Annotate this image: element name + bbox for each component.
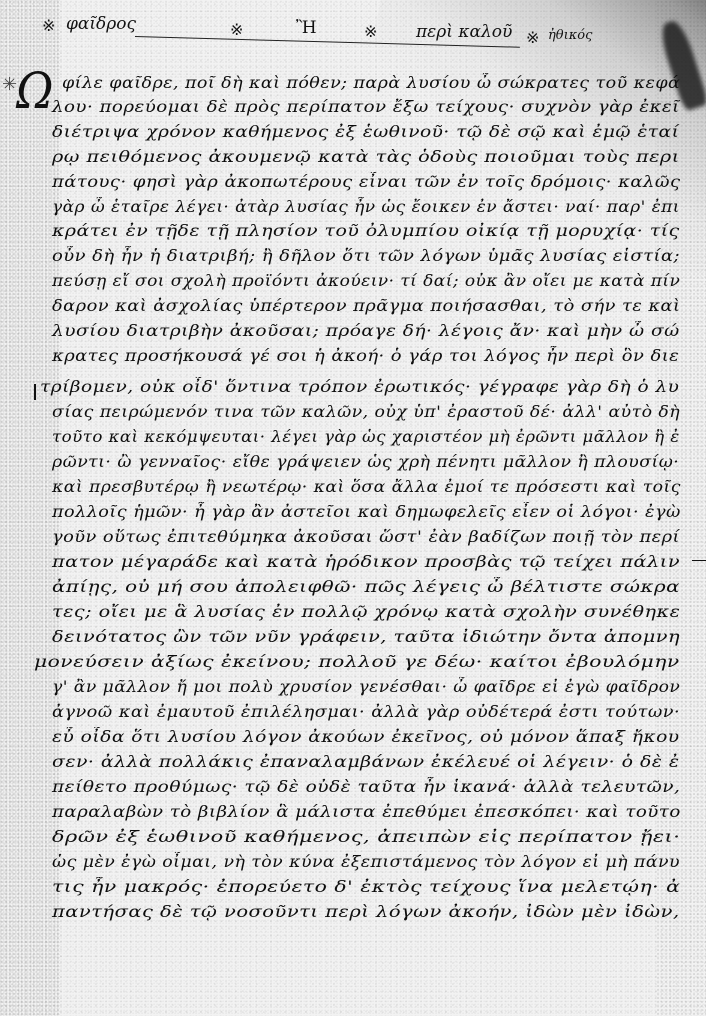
text-line: πείθετο προθύμως· τῷ δὲ οὐδὲ ταῦτα ἦν ἱκ… bbox=[52, 778, 680, 796]
left-margin-speckle bbox=[0, 0, 60, 1016]
manuscript-page: ※ φαῖδρος ※ Ἢ ※ περὶ καλοῦ ※ ἠθικός ✳ Ω … bbox=[0, 0, 706, 1016]
text-line: οὖν δὴ ἦν ἡ διατριβή; ἢ δῆλον ὅτι τῶν λό… bbox=[52, 247, 680, 265]
text-line: λου· πορεύομαι δὲ πρὸς περίπατον ἔξω τεί… bbox=[52, 98, 680, 116]
text-line: κρατες προσήκουσά γέ σοι ἡ ἀκοή· ὁ γάρ τ… bbox=[52, 347, 679, 365]
margin-bracket bbox=[34, 384, 36, 400]
text-line: ἀγνοῶ καὶ ἐμαυτοῦ ἐπιλέλησμαι· ἀλλὰ γὰρ … bbox=[52, 703, 680, 721]
asterism-icon: ※ bbox=[526, 28, 539, 47]
text-line: γοῦν οὕτως ἐπιτεθύμηκα ἀκοῦσαι ὥστ' ἐὰν … bbox=[52, 528, 680, 546]
text-line: πεύσῃ εἴ σοι σχολὴ προϊόντι ἀκούειν· τί … bbox=[52, 272, 680, 290]
text-line: φίλε φαῖδρε, ποῖ δὴ καὶ πόθεν; παρὰ λυσί… bbox=[62, 74, 680, 92]
text-line: μονεύσειν ἀξίως ἐκείνου; πολλοῦ γε δέω· … bbox=[34, 653, 680, 671]
title-ethikos: ἠθικός bbox=[548, 28, 592, 43]
text-line: σεν· ἀλλὰ πολλάκις ἐπαναλαμβάνων ἐκέλευέ… bbox=[52, 753, 679, 771]
text-line: εὖ οἶδα ὅτι λυσίου λόγον ἀκούων ἐκεῖνος,… bbox=[52, 728, 680, 746]
text-line: καὶ πρεσβυτέρῳ ἢ νεωτέρῳ· καὶ ὅσα ἄλλα ἐ… bbox=[52, 478, 681, 496]
title-or: Ἢ bbox=[296, 18, 317, 38]
asterism-icon: ※ bbox=[42, 16, 55, 35]
text-line: τες; οἴει με ἃ λυσίας ἐν πολλῷ χρόνῳ κατ… bbox=[52, 603, 680, 621]
text-line: τις ἦν μακρός· ἐπορεύετο δ' ἐκτὸς τείχου… bbox=[52, 878, 680, 896]
title-heading: ※ φαῖδρος ※ Ἢ ※ περὶ καλοῦ ※ ἠθικός bbox=[40, 12, 680, 42]
text-line: πάτους· φησὶ γὰρ ἀκοπωτέρους εἶναι τῶν ἐ… bbox=[52, 173, 680, 191]
initial-letter: Ω bbox=[16, 66, 53, 116]
title-peri-kalou: περὶ καλοῦ bbox=[416, 22, 512, 42]
text-line: γὰρ ὦ ἑταῖρε λέγει· ἀτὰρ λυσίας ἦν ὡς ἔο… bbox=[52, 198, 680, 216]
text-line: πολλοῖς ἡμῶν· ἦ γὰρ ἂν ἀστεῖοι καὶ δημωφ… bbox=[52, 503, 681, 521]
text-line: δαρον καὶ ἀσχολίας ὑπέρτερον πρᾶγμα ποιή… bbox=[52, 297, 680, 315]
initial-ornament-icon: ✳ bbox=[2, 74, 17, 95]
text-line: παντήσας δὲ τῷ νοσοῦντι περὶ λόγων ἀκοήν… bbox=[52, 903, 680, 921]
text-line: δεινότατος ὢν τῶν νῦν γράφειν, ταῦτα ἰδι… bbox=[52, 628, 680, 646]
asterism-icon: ※ bbox=[230, 20, 243, 39]
text-line: γ' ἂν μᾶλλον ἤ μοι πολὺ χρυσίον γενέσθαι… bbox=[52, 678, 680, 696]
title-phaedrus: φαῖδρος bbox=[66, 14, 136, 34]
text-line: λυσίου διατριβὴν ἀκοῦσαι; πρόαγε δή· λέγ… bbox=[52, 322, 680, 340]
text-line: σίας πειρώμενόν τινα τῶν καλῶν, οὐχ ὑπ' … bbox=[52, 403, 680, 421]
text-line: ρῳ πειθόμενος ἀκουμενῷ κατὰ τὰς ὁδοὺς πο… bbox=[52, 148, 680, 166]
asterism-icon: ※ bbox=[364, 22, 377, 41]
text-line: τοῦτο καὶ κεκόμψευται· λέγει γὰρ ὡς χαρι… bbox=[52, 428, 680, 446]
text-line: κράτει ἐν τῇδε τῇ πλησίον τοῦ ὀλυμπίου ο… bbox=[52, 222, 680, 240]
text-line: τρίβομεν, οὐκ οἶδ' ὅντινα τρόπον ἐρωτικό… bbox=[40, 378, 679, 396]
text-line: ρῶντι· ὢ γενναῖος· εἴθε γράψειεν ὡς χρὴ … bbox=[52, 453, 679, 471]
margin-dash-mark bbox=[692, 560, 706, 561]
text-line: δρῶν ἐξ ἑωθινοῦ καθήμενος, ἀπειπὼν εἰς π… bbox=[52, 828, 680, 846]
text-line: ἀπίῃς, οὐ μή σου ἀπολειφθῶ· πῶς λέγεις ὦ… bbox=[52, 578, 680, 596]
text-line: ὡς μὲν ἐγὼ οἶμαι, νὴ τὸν κύνα ἐξεπιστάμε… bbox=[52, 853, 680, 871]
text-line: πατον μέγαράδε καὶ κατὰ ἡρόδικον προσβὰς… bbox=[52, 553, 680, 571]
text-line: παραλαβὼν τὸ βιβλίον ἃ μάλιστα ἐπεθύμει … bbox=[52, 803, 681, 821]
text-line: διέτριψα χρόνον καθήμενος ἐξ ἑωθινοῦ· τῷ… bbox=[52, 123, 679, 141]
